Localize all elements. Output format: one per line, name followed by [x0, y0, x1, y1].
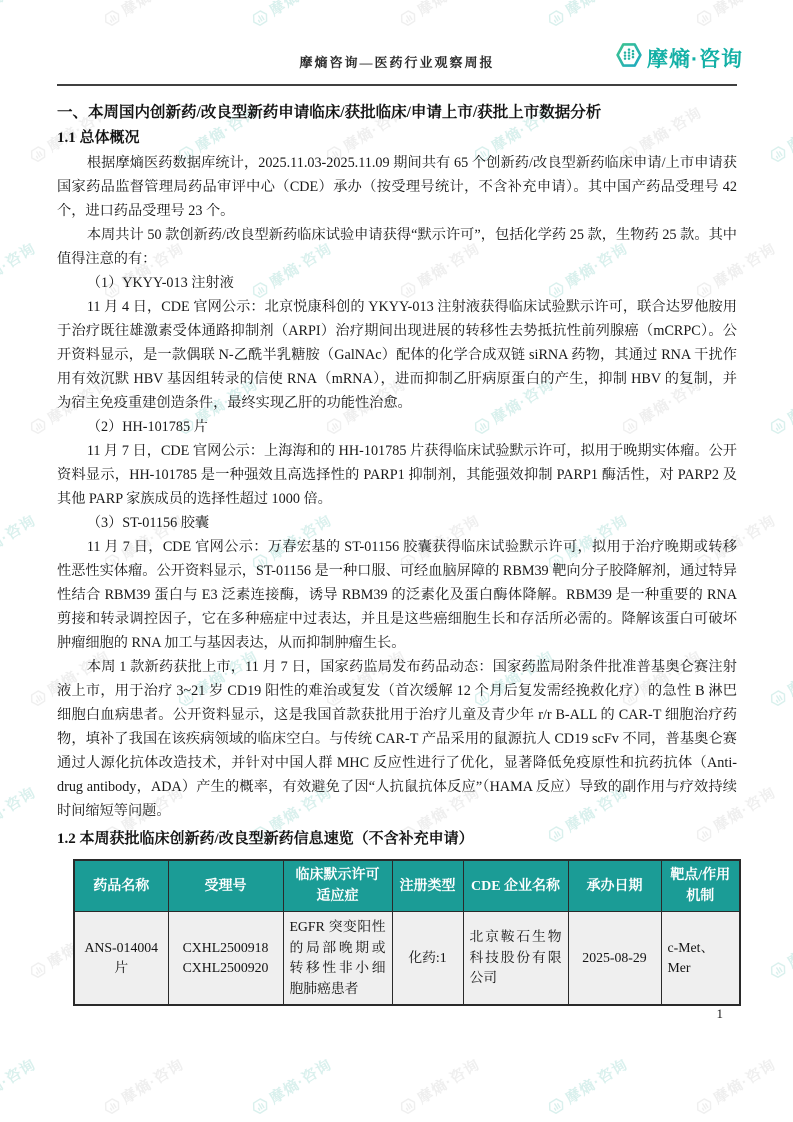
section-1-2-heading: 1.2 本周获批临床创新药/改良型新药信息速览（不含补充申请）	[57, 827, 737, 852]
cell-company: 北京鞍石生物科技股份有限公司	[463, 912, 568, 1006]
table-header-row: 药品名称 受理号 临床默示许可 适应症 注册类型 CDE 企业名称 承办日期 靶…	[74, 860, 740, 912]
brand-watermark: 摩熵·咨询	[99, 1053, 187, 1119]
section-1-1-heading: 1.1 总体概况	[57, 126, 737, 151]
page-number: 1	[717, 1006, 724, 1022]
col-drug-name: 药品名称	[74, 860, 168, 912]
approved-clinical-drugs-table: 药品名称 受理号 临床默示许可 适应症 注册类型 CDE 企业名称 承办日期 靶…	[73, 859, 741, 1006]
para-st-01156-detail: 11 月 7 日，CDE 官网公示：万春宏基的 ST-01156 胶囊获得临床试…	[57, 535, 737, 655]
col-cde-company: CDE 企业名称	[463, 860, 568, 912]
brand-watermark: 摩熵·咨询	[247, 1053, 335, 1119]
para-ykyy-013-detail: 11 月 4 日，CDE 官网公示：北京悦康科创的 YKYY-013 注射液获得…	[57, 295, 737, 415]
brand-watermark: 摩熵·咨询	[543, 1053, 631, 1119]
col-acceptance-date: 承办日期	[568, 860, 661, 912]
brand-watermark: 摩熵·咨询	[395, 1053, 483, 1119]
cell-target: c-Met、Mer	[661, 912, 740, 1006]
document-body: 一、本周国内创新药/改良型新药申请临床/获批临床/申请上市/获批上市数据分析 1…	[57, 100, 737, 1006]
col-acceptance-number: 受理号	[168, 860, 283, 912]
cell-acceptance-date: 2025-08-29	[568, 912, 661, 1006]
item-heading-ykyy-013: （1）YKYY-013 注射液	[57, 271, 737, 295]
cell-acceptance-numbers: CXHL2500918 CXHL2500920	[168, 912, 283, 1006]
brand-watermark: 摩熵·咨询	[691, 1053, 779, 1119]
brand-logo-text: 摩熵·咨询	[647, 43, 743, 73]
para-weekly-approvals: 本周共计 50 款创新药/改良型新药临床试验申请获得“默示许可”，包括化学药 2…	[57, 223, 737, 271]
col-indication: 临床默示许可 适应症	[283, 860, 392, 912]
cell-indication: EGFR 突变阳性的局部晚期或转移性非小细胞肺癌患者	[283, 912, 392, 1006]
col-registration-type: 注册类型	[392, 860, 463, 912]
item-heading-hh-101785: （2）HH-101785 片	[57, 415, 737, 439]
para-overview-stats: 根据摩熵医药数据库统计，2025.11.03-2025.11.09 期间共有 6…	[57, 151, 737, 223]
brand-logo: 摩熵·咨询	[614, 40, 743, 75]
cell-registration-type: 化药:1	[392, 912, 463, 1006]
section-1-heading: 一、本周国内创新药/改良型新药申请临床/获批临床/申请上市/获批上市数据分析	[57, 100, 737, 125]
col-target-mechanism: 靶点/作用 机制	[661, 860, 740, 912]
para-market-approval: 本周 1 款新药获批上市，11 月 7 日，国家药监局发布药品动态：国家药监局附…	[57, 655, 737, 823]
para-hh-101785-detail: 11 月 7 日，CDE 官网公示：上海海和的 HH-101785 片获得临床试…	[57, 439, 737, 511]
page-header: 摩熵咨询—医药行业观察周报	[57, 38, 737, 84]
document-page: 摩熵·咨询摩熵·咨询摩熵·咨询摩熵·咨询摩熵·咨询摩熵·咨询摩熵·咨询摩熵·咨询…	[0, 0, 793, 1122]
cell-drug-name: ANS-014004 片	[74, 912, 168, 1006]
brand-hexagon-icon	[614, 40, 644, 75]
table-row: ANS-014004 片 CXHL2500918 CXHL2500920 EGF…	[74, 912, 740, 1006]
page-content: 摩熵咨询—医药行业观察周报	[0, 0, 793, 1006]
item-heading-st-01156: （3）ST-01156 胶囊	[57, 511, 737, 535]
brand-watermark: 摩熵·咨询	[0, 1053, 40, 1119]
header-divider	[57, 84, 737, 86]
